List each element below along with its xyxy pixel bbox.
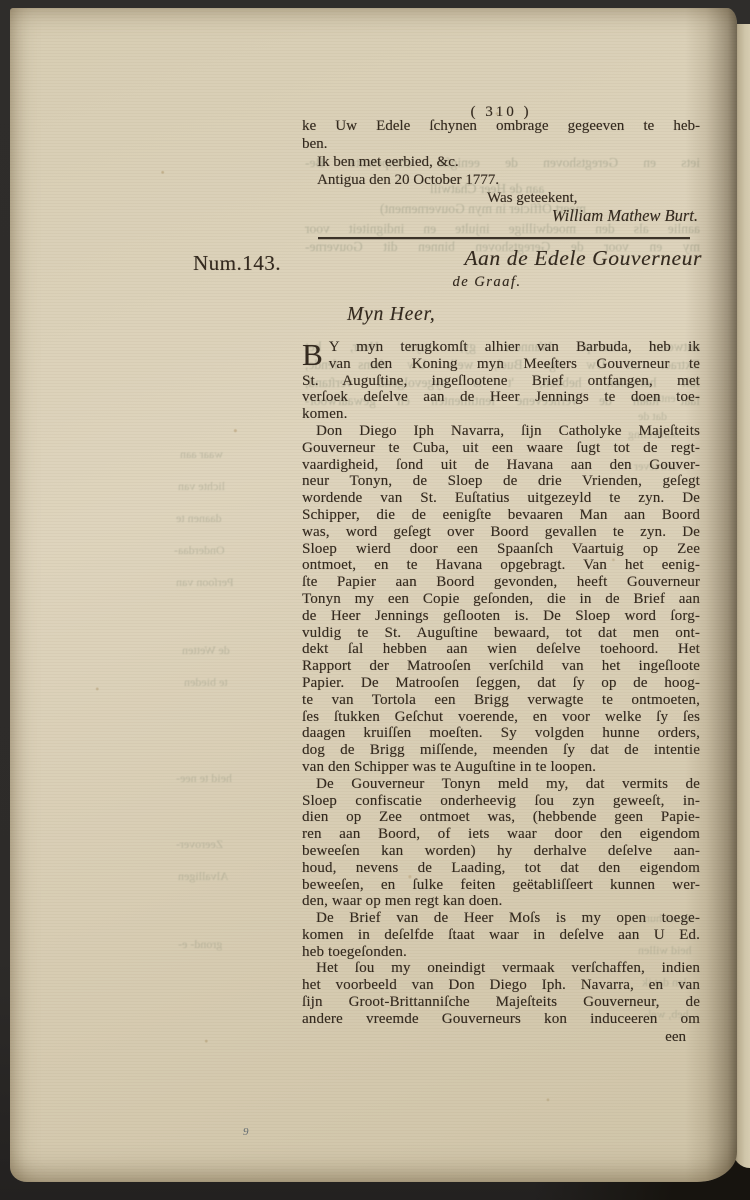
text-line: Tonyn my een Copie geſonden, die in de B…: [302, 591, 700, 608]
letter-body: B Y myn terugkomſt alhier van Barbuda, h…: [302, 339, 700, 1045]
catchword: een: [302, 1029, 700, 1046]
text-line: verſoek deſelve aan de Heer Jennings te …: [302, 389, 700, 406]
scan-background: iets en Geregtshoven de eenigſte compete…: [0, 0, 750, 1200]
text-line: ſijn Groot-Brittanniſche Majeſteits Gouv…: [302, 994, 700, 1011]
text-line: neur Tonyn, de Sloep de drie Vrienden, g…: [302, 473, 700, 490]
text-line: vuldig te St. Auguſtine bewaard, tot dat…: [302, 625, 700, 642]
letter-closing-block: ke Uw Edele ſchynen ombrage gegeeven te …: [302, 117, 700, 225]
text-line: daagen kruiſſen moeſten. Sy volgden hunn…: [302, 725, 700, 742]
text-line: Schipper, die de eenigſte bevaaren Man a…: [302, 507, 700, 524]
text-line: ben.: [302, 135, 700, 153]
signed-label: Was geteekent,: [487, 189, 700, 207]
bleedthrough-line: grond- e-: [178, 936, 222, 953]
addressee-line2: de Graaf.: [302, 274, 672, 291]
text-line: dien op Zee ontmoet was, (hebbende geen …: [302, 809, 700, 826]
ink-mark: 9: [243, 1126, 249, 1138]
text-line: vaardigheid, ſond uit de Havana aan den …: [302, 457, 700, 474]
bleedthrough-line: lichte van: [178, 478, 225, 495]
text-line: heb toegeſonden.: [302, 944, 700, 961]
text-line: beweeſen kan worden) hy derhalve deſelve…: [302, 843, 700, 860]
text-line: den, waar op men regt kan doen.: [302, 893, 700, 910]
text-line: komen in deſelfde ſtaat waar in deſelve …: [302, 927, 700, 944]
text-line: ren aan Boord, of iets waar door den eig…: [302, 826, 700, 843]
bleedthrough-line: daanen te: [176, 510, 222, 527]
bleedthrough-line: Perſoon van: [176, 574, 234, 591]
bleedthrough-line: de Wetten: [182, 642, 230, 659]
text-line: Sloep wierd door een Spaanſch Vaartuig o…: [302, 541, 700, 558]
text-line: Don Diego Iph Navarra, ſijn Catholyke Ma…: [302, 423, 700, 440]
valediction: Ik ben met eerbied, &c.: [302, 153, 700, 171]
text-line: ſes ſtukken Geſchut voerende, en voor we…: [302, 709, 700, 726]
text-line: de Heer Jennings geſlooten is. De Sloep …: [302, 608, 700, 625]
text-line: De Gouverneur Tonyn meld my, dat vermits…: [302, 776, 700, 793]
text-line: komen.: [302, 406, 700, 423]
text-line: houd, nevens de Laading, tot dat den eig…: [302, 860, 700, 877]
bleedthrough-line: heid te nee-: [176, 770, 232, 787]
paragraph: B Y myn terugkomſt alhier van Barbuda, h…: [302, 339, 700, 423]
letter-number: Num.143.: [193, 251, 281, 276]
text-line: Rapport der Matrooſen verſchild van het …: [302, 658, 700, 675]
text-line: ke Uw Edele ſchynen ombrage gegeeven te …: [302, 117, 700, 135]
text-line: ontmoet, en te Havana opgebragt. Van het…: [302, 557, 700, 574]
text-line: wordende van St. Euſtatius uitgezeyld te…: [302, 490, 700, 507]
text-line: Het ſou my oneindigt vermaak verſchaffen…: [302, 960, 700, 977]
paragraph: Het ſou my oneindigt vermaak verſchaffen…: [302, 960, 700, 1027]
bleedthrough-line: Onderdaa-: [174, 542, 225, 559]
text-line: van den Schipper was te Auguſtine in te …: [302, 759, 700, 776]
paragraph: Don Diego Iph Navarra, ſijn Catholyke Ma…: [302, 423, 700, 776]
text-line: Sloep confiscatie onderheevig ſou zyn ge…: [302, 793, 700, 810]
text-line: dog de Brigg miſſende, meenden ſy dat de…: [302, 742, 700, 759]
addressee-line1: Aan de Edele Gouverneur: [302, 246, 702, 271]
text-line: Y myn terugkomſt alhier van Barbuda, heb…: [302, 339, 700, 356]
text-line: ſte Papier aan Boord gevonden, heeft Gou…: [302, 574, 700, 591]
bleedthrough-line: Alvalligen: [178, 868, 229, 885]
text-line: De Brief van de Heer Moſs is my open toe…: [302, 910, 700, 927]
text-line: beweeſen, en ſulke feiten geëtabliſſeert…: [302, 877, 700, 894]
bleedthrough-line: te bieden: [184, 674, 228, 691]
section-divider: [318, 237, 690, 239]
dateline: Antigua den 20 October 1777.: [302, 171, 700, 189]
text-line: Papier. De Matrooſen ſeggen, dat ſy op d…: [302, 675, 700, 692]
text-line: het voorbeeld van Don Diego Iph. Navarra…: [302, 977, 700, 994]
bleedthrough-line: Zeerover-: [176, 836, 223, 853]
bleedthrough-line: waar aan: [180, 446, 223, 463]
dropcap-initial: B: [302, 340, 323, 369]
text-line: Gouverneur te Cuba, uit een waare ſugt t…: [302, 440, 700, 457]
paragraph: De Gouverneur Tonyn meld my, dat vermits…: [302, 776, 700, 910]
text-line: St. Auguſtine, ingeſlootene Brief ontfan…: [302, 373, 700, 390]
text-line: dekt ſal hebben aan wien deſelve toehoor…: [302, 641, 700, 658]
paragraph: De Brief van de Heer Moſs is my open toe…: [302, 910, 700, 960]
salutation: Myn Heer,: [347, 304, 435, 326]
text-line: was, word geſegt over Boord gevallen te …: [302, 524, 700, 541]
signature: William Mathew Burt.: [302, 207, 700, 225]
book-page: iets en Geregtshoven de eenigſte compete…: [10, 8, 737, 1182]
text-line: te van Tortola een Brigg verwagte te ont…: [302, 692, 700, 709]
text-line: van den Koning myn Meeſters Gouverneur t…: [302, 356, 700, 373]
text-line: andere vreemde Gouverneurs kon induceere…: [302, 1011, 700, 1028]
